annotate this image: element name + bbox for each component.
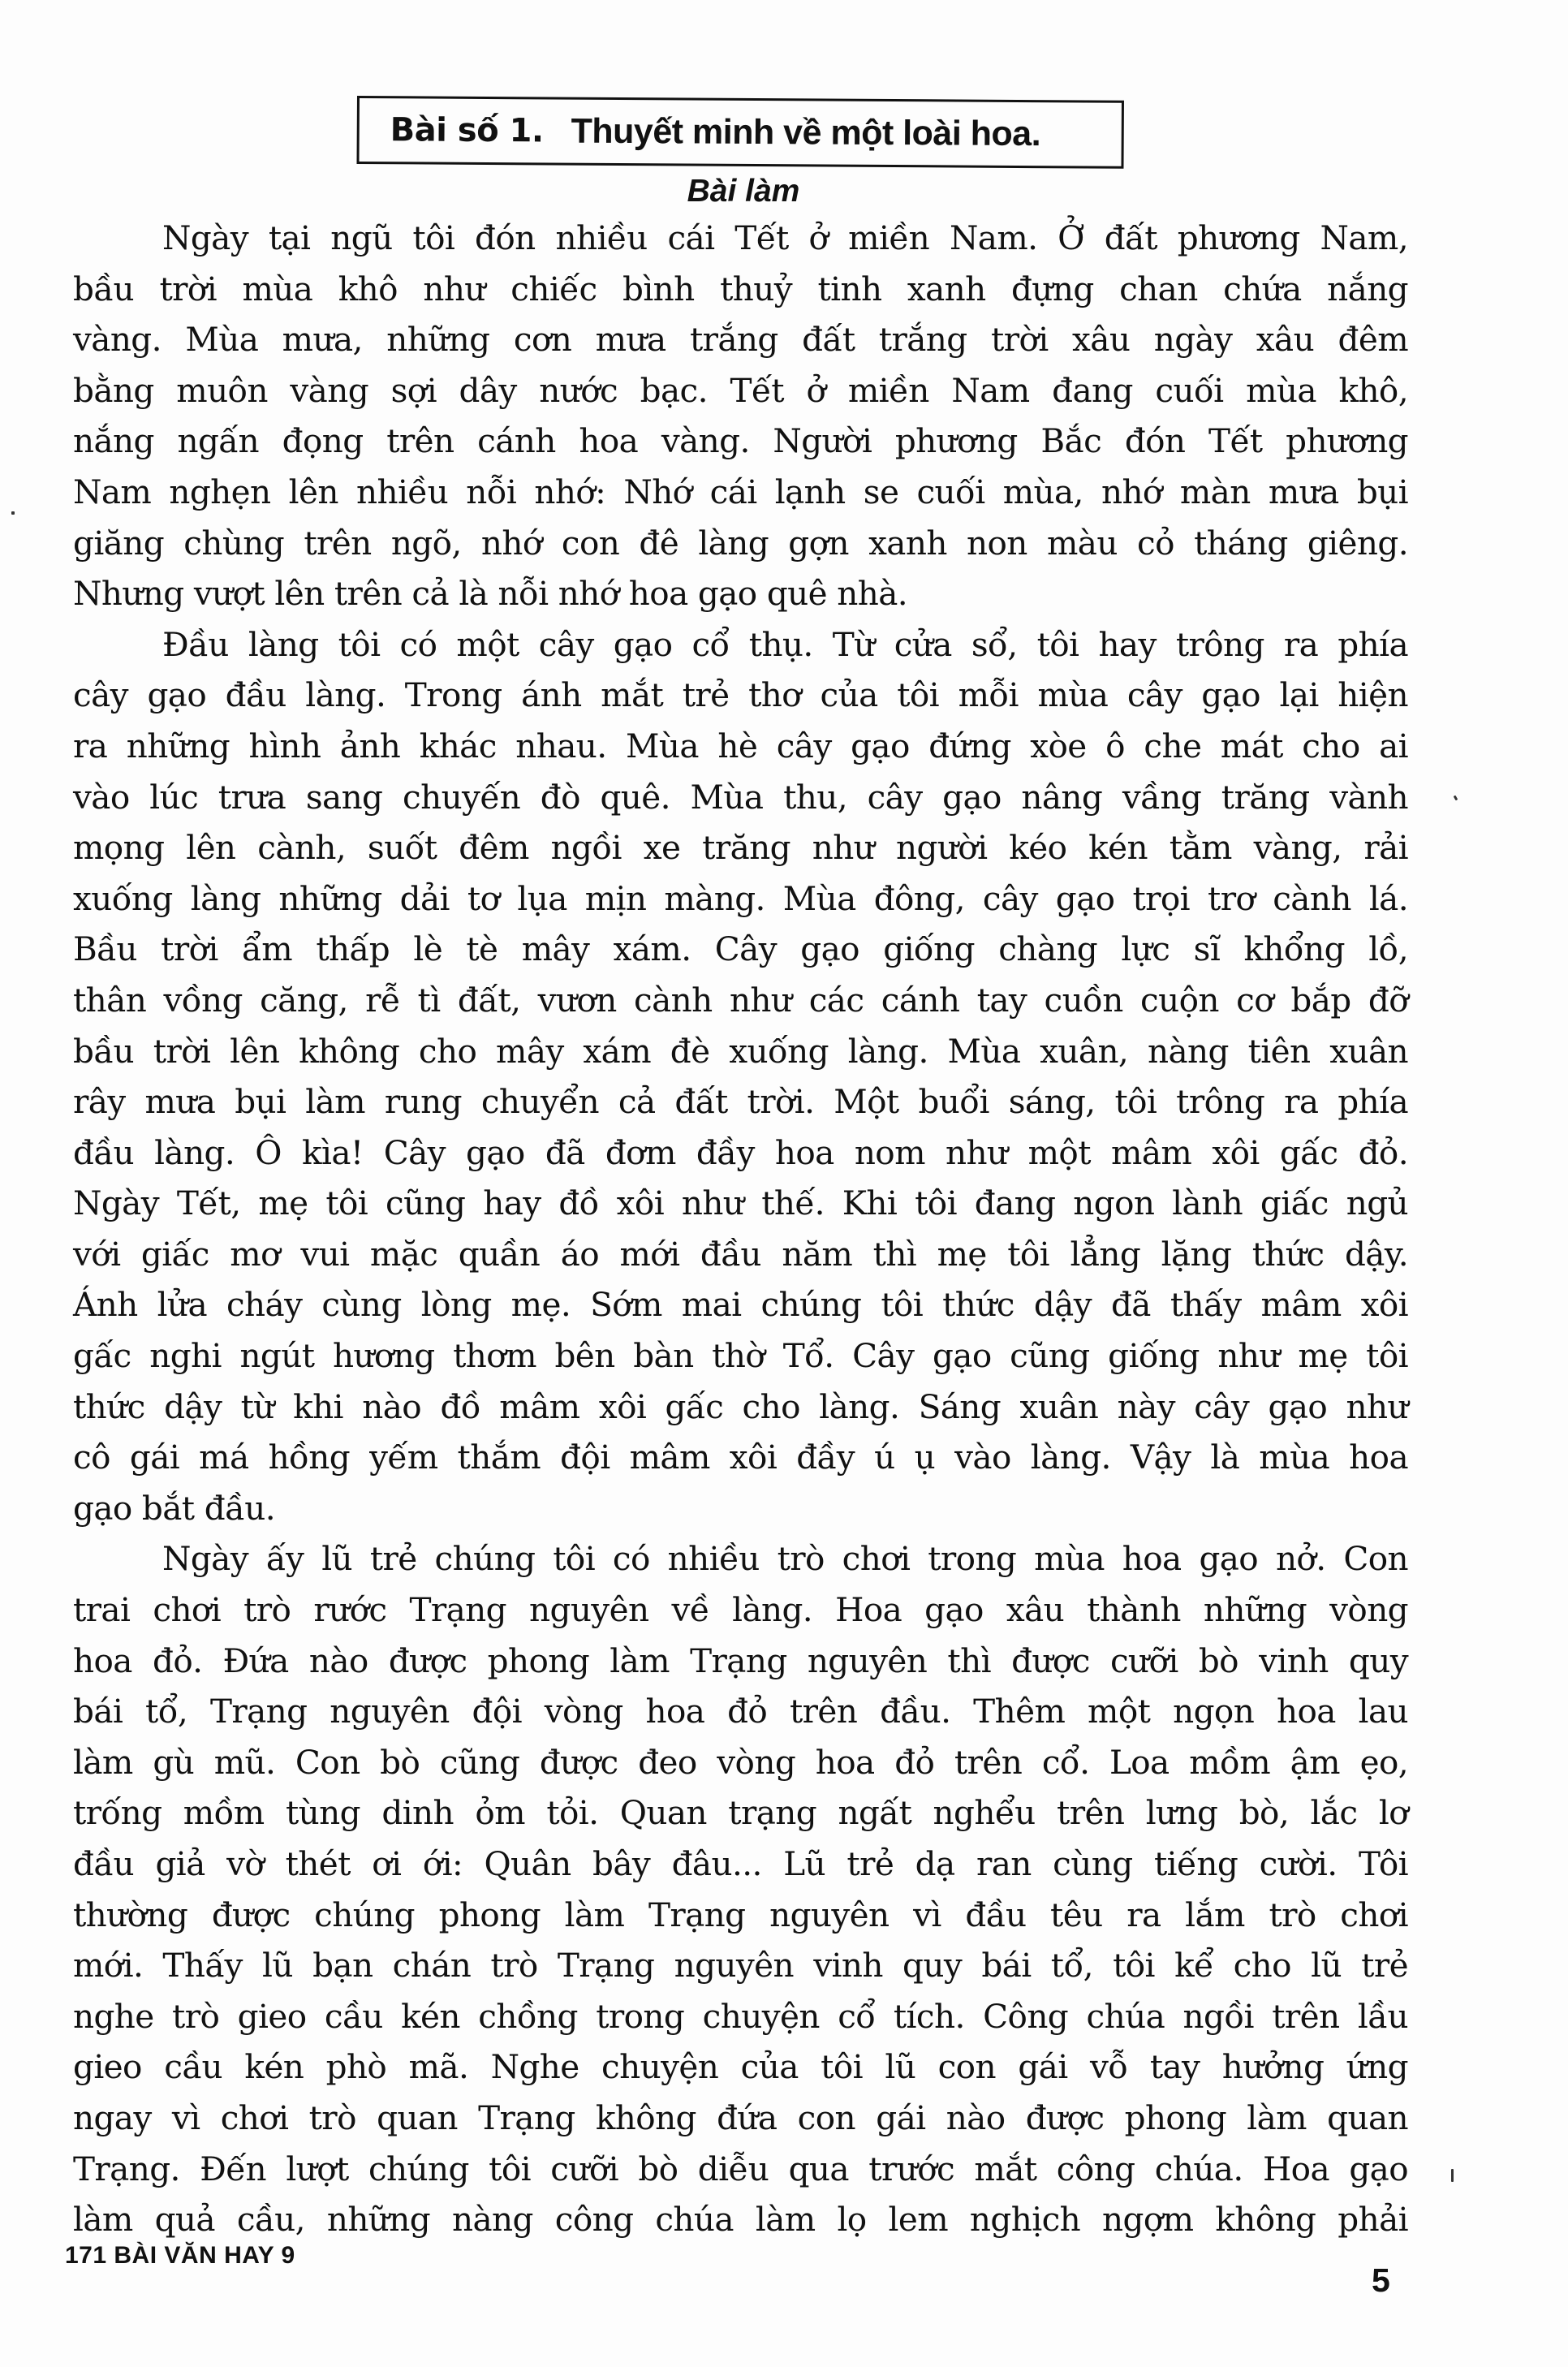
text-line: giăng chùng trên ngõ, nhớ con đê làng gợ… xyxy=(73,518,1408,569)
page-number: 5 xyxy=(1372,2261,1390,2300)
text-line: Đầu làng tôi có một cây gạo cổ thụ. Từ c… xyxy=(73,619,1408,670)
text-line: thường được chúng phong làm Trạng nguyên… xyxy=(73,1890,1408,1941)
text-line: Nhưng vượt lên trên cả là nỗi nhớ hoa gạ… xyxy=(73,568,1408,619)
text-line: ra những hình ảnh khác nhau. Mùa hè cây … xyxy=(73,721,1408,772)
scan-speck xyxy=(1451,2169,1454,2182)
text-line: gieo cầu kén phò mã. Nghe chuyện của tôi… xyxy=(73,2041,1408,2093)
text-line: gạo bắt đầu. xyxy=(73,1483,1408,1534)
text-line: rây mưa bụi làm rung chuyển cả đất trời.… xyxy=(73,1076,1408,1127)
exercise-number: Bài số 1. xyxy=(390,111,544,149)
text-line: vàng. Mùa mưa, những cơn mưa trắng đất t… xyxy=(73,314,1408,365)
text-line: bầu trời lên không cho mây xám đè xuống … xyxy=(73,1026,1408,1077)
text-line: bằng muôn vàng sợi dây nước bạc. Tết ở m… xyxy=(73,365,1408,416)
text-line: Nam nghẹn lên nhiều nỗi nhớ: Nhớ cái lạn… xyxy=(73,467,1408,518)
text-line: Ngày tại ngũ tôi đón nhiều cái Tết ở miề… xyxy=(73,213,1408,264)
text-line: trai chơi trò rước Trạng nguyên về làng.… xyxy=(73,1584,1408,1636)
essay-heading: Bài làm xyxy=(0,174,1487,209)
text-line: gấc nghi ngút hương thơm bên bàn thờ Tổ.… xyxy=(73,1330,1408,1382)
text-line: nắng ngấn đọng trên cánh hoa vàng. Người… xyxy=(73,416,1408,467)
scan-speck xyxy=(11,511,15,515)
text-line: Trạng. Đến lượt chúng tôi cưỡi bò diễu q… xyxy=(73,2144,1408,2195)
scan-speck xyxy=(1454,795,1458,801)
text-line: đầu giả vờ thét ơi ới: Quân bây đâu... L… xyxy=(73,1839,1408,1890)
book-title-footer: 171 BÀI VĂN HAY 9 xyxy=(65,2242,295,2270)
exercise-title-box: Bài số 1. Thuyết minh về một loài hoa. xyxy=(356,96,1123,169)
text-line: cây gạo đầu làng. Trong ánh mắt trẻ thơ … xyxy=(73,670,1408,721)
text-line: mọng lên cành, suốt đêm ngồi xe trăng nh… xyxy=(73,822,1408,873)
text-line: xuống làng những dải tơ lụa mịn màng. Mù… xyxy=(73,873,1408,925)
text-line: hoa đỏ. Đứa nào được phong làm Trạng ngu… xyxy=(73,1636,1408,1687)
text-line: Bầu trời ẩm thấp lè tè mây xám. Cây gạo … xyxy=(73,924,1408,975)
text-line: nghe trò gieo cầu kén chồng trong chuyện… xyxy=(73,1991,1408,2042)
text-line: trống mồm tùng dinh ỏm tỏi. Quan trạng n… xyxy=(73,1787,1408,1839)
text-line: bầu trời mùa khô như chiếc bình thuỷ tin… xyxy=(73,264,1408,315)
text-line: ngay vì chơi trò quan Trạng không đứa co… xyxy=(73,2093,1408,2144)
exercise-title: Thuyết minh về một loài hoa. xyxy=(571,111,1040,154)
essay-body: Ngày tại ngũ tôi đón nhiều cái Tết ở miề… xyxy=(73,213,1408,2245)
text-line: thân vồng căng, rễ tì đất, vươn cành như… xyxy=(73,975,1408,1026)
book-page: Bài số 1. Thuyết minh về một loài hoa. B… xyxy=(0,0,1568,2367)
text-line: Ngày Tết, mẹ tôi cũng hay đồ xôi như thế… xyxy=(73,1178,1408,1229)
text-line: làm gù mũ. Con bò cũng được đeo vòng hoa… xyxy=(73,1737,1408,1788)
text-line: Ánh lửa cháy cùng lòng mẹ. Sớm mai chúng… xyxy=(73,1279,1408,1330)
text-line: Ngày ấy lũ trẻ chúng tôi có nhiều trò ch… xyxy=(73,1533,1408,1584)
text-line: đầu làng. Ô kìa! Cây gạo đã đơm đầy hoa … xyxy=(73,1127,1408,1179)
text-line: làm quả cầu, những nàng công chúa làm lọ… xyxy=(73,2194,1408,2245)
text-line: thức dậy từ khi nào đồ mâm xôi gấc cho l… xyxy=(73,1382,1408,1433)
text-line: vào lúc trưa sang chuyến đò quê. Mùa thu… xyxy=(73,772,1408,823)
text-line: mới. Thấy lũ bạn chán trò Trạng nguyên v… xyxy=(73,1940,1408,1991)
text-line: cô gái má hồng yếm thắm đội mâm xôi đầy … xyxy=(73,1432,1408,1483)
text-line: bái tổ, Trạng nguyên đội vòng hoa đỏ trê… xyxy=(73,1686,1408,1737)
text-line: với giấc mơ vui mặc quần áo mới đầu năm … xyxy=(73,1229,1408,1280)
